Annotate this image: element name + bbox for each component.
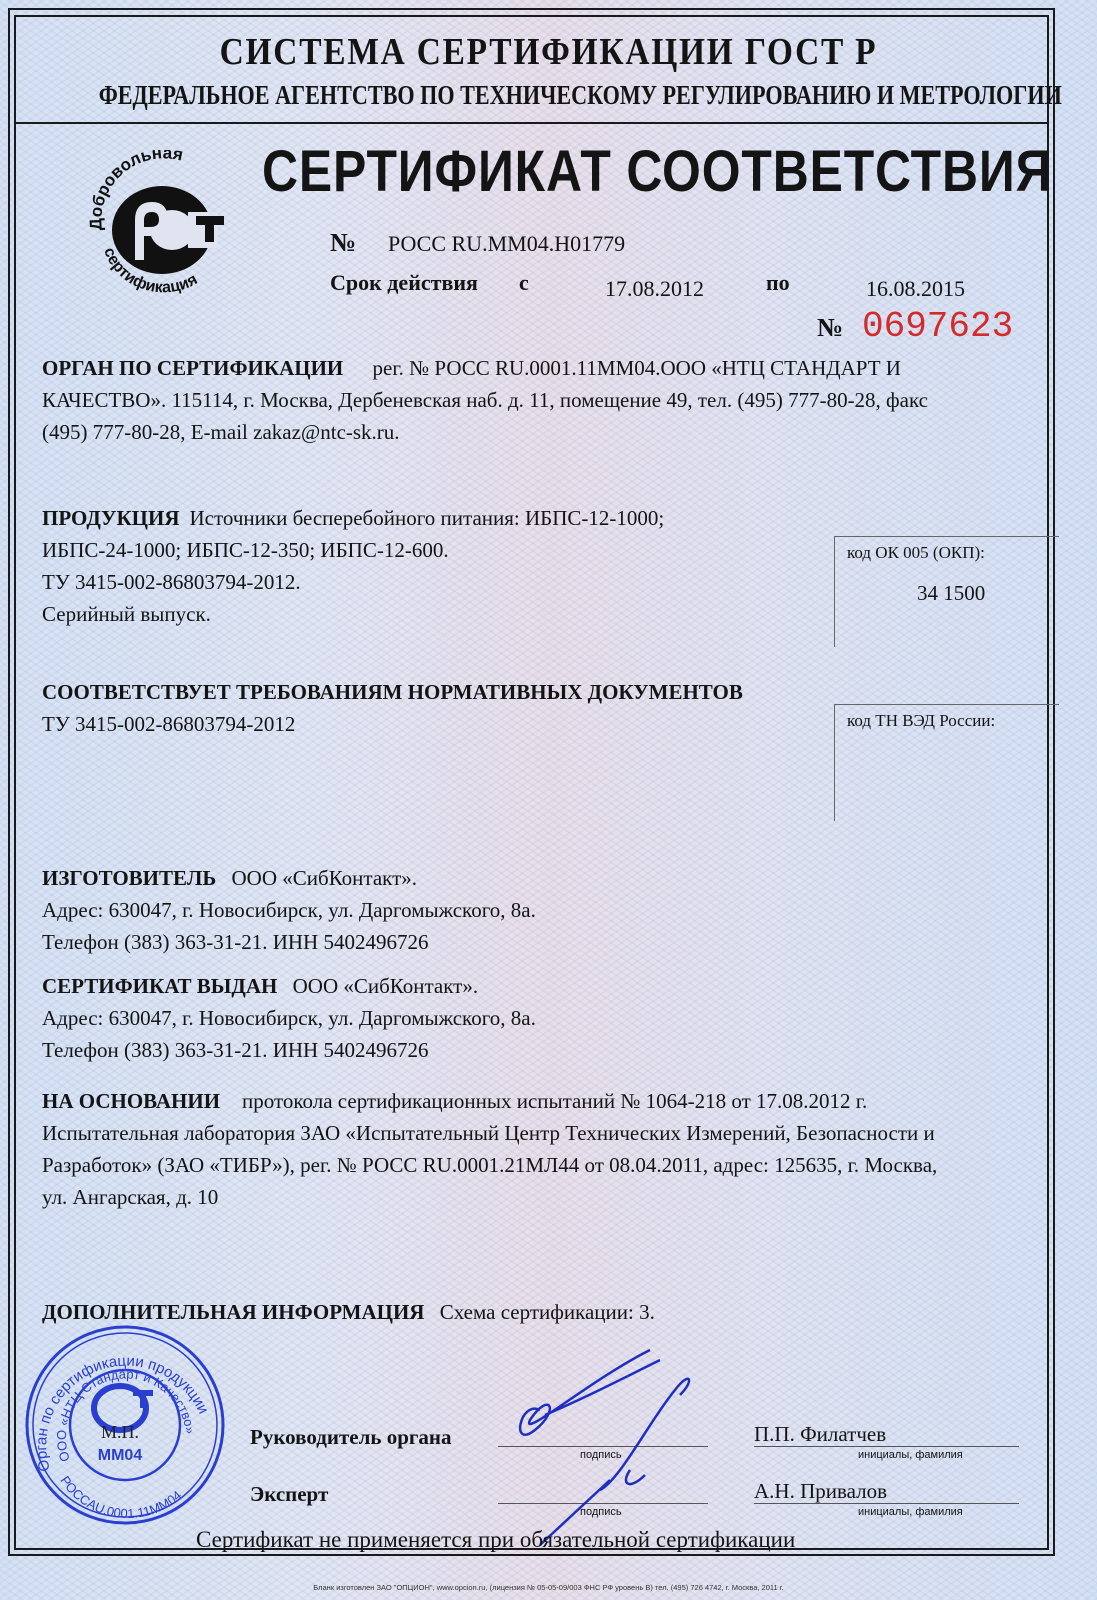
expert-name: А.Н. Привалов (754, 1479, 887, 1504)
cert-number: РОСС RU.MM04.H01779 (388, 231, 625, 257)
expert-name-caption: инициалы, фамилия (858, 1506, 963, 1518)
conformity-label: СООТВЕТСТВУЕТ ТРЕБОВАНИЯМ НОРМАТИВНЫХ ДО… (42, 676, 832, 708)
valid-from-date: 17.08.2012 (605, 276, 704, 302)
okp-code-label: код ОК 005 (ОКП): (847, 543, 985, 563)
product-line2: ИБПС-24-1000; ИБПС-12-350; ИБПС-12-600. (42, 534, 802, 566)
basis-line1: протокола сертификационных испытаний № 1… (242, 1089, 867, 1113)
printer-info: Бланк изготовлен ЗАО "ОПЦИОН", www.opcio… (0, 1583, 1097, 1592)
product-line3: ТУ 3415-002-86803794-2012. (42, 566, 802, 598)
issued-to-phone: Телефон (383) 363-31-21. ИНН 5402496726 (42, 1034, 1060, 1066)
expert-label: Эксперт (250, 1482, 328, 1507)
footer-note: Сертификат не применяется при обязательн… (196, 1527, 795, 1553)
manufacturer-phone: Телефон (383) 363-31-21. ИНН 5402496726 (42, 926, 1060, 958)
valid-to-date: 16.08.2015 (866, 276, 965, 302)
cert-number-label: № (330, 228, 356, 258)
header-divider (14, 122, 1049, 124)
validity-to-label: по (766, 270, 790, 296)
issued-to-name: ООО «СибКонтакт». (293, 974, 478, 998)
validity-from-label: с (519, 270, 529, 296)
additional-info-text: Схема сертификации: 3. (440, 1300, 655, 1324)
signature-scribble-icon (480, 1340, 720, 1550)
product-section: ПРОДУКЦИЯИсточники бесперебойного питани… (42, 502, 802, 630)
manufacturer-label: ИЗГОТОВИТЕЛЬ (42, 866, 216, 890)
rst-logo-icon: Добровольная сертификация (80, 150, 250, 300)
manufacturer-name: ООО «СибКонтакт». (232, 866, 417, 890)
tnved-code-label: код ТН ВЭД России: (847, 711, 995, 731)
serial-number: 0697623 (862, 306, 1013, 347)
stamp-mp: М.П. (101, 1422, 139, 1442)
agency-name: ФЕДЕРАЛЬНОЕ АГЕНТСТВО ПО ТЕХНИЧЕСКОМУ РЕ… (99, 80, 999, 111)
tnved-code-box: код ТН ВЭД России: (834, 704, 1059, 821)
certification-body-line3: (495) 777-80-28, E-mail zakaz@ntc-sk.ru. (42, 416, 1060, 448)
okp-code-box: код ОК 005 (ОКП): 34 1500 (834, 536, 1059, 647)
head-name-caption: инициалы, фамилия (858, 1449, 963, 1461)
basis-section: НА ОСНОВАНИИпротокола сертификационных и… (42, 1085, 1060, 1213)
official-stamp-icon: Орган по сертификации продукции ООО «НТЦ… (20, 1320, 230, 1530)
head-label: Руководитель органа (250, 1425, 452, 1450)
issued-to-label: СЕРТИФИКАТ ВЫДАН (42, 974, 277, 998)
expert-name-line (754, 1503, 1019, 1504)
certification-body-section: ОРГАН ПО СЕРТИФИКАЦИИ рег. № РОСС RU.000… (42, 352, 1060, 448)
okp-code-value: 34 1500 (917, 581, 985, 606)
product-line4: Серийный выпуск. (42, 598, 802, 630)
certification-body-line2: КАЧЕСТВО». 115114, г. Москва, Дербеневск… (42, 384, 1060, 416)
product-label: ПРОДУКЦИЯ (42, 506, 180, 530)
conformity-line1: ТУ 3415-002-86803794-2012 (42, 708, 842, 740)
head-name-line (754, 1446, 1019, 1447)
basis-label: НА ОСНОВАНИИ (42, 1089, 220, 1113)
basis-line3: Разработок» (ЗАО «ТИБР»), рег. № РОСС RU… (42, 1149, 1060, 1181)
manufacturer-section: ИЗГОТОВИТЕЛЬ ООО «СибКонтакт». Адрес: 63… (42, 862, 1060, 958)
system-title: СИСТЕМА СЕРТИФИКАЦИИ ГОСТ Р (66, 30, 1031, 74)
stamp-code: MM04 (98, 1447, 143, 1464)
serial-number-label: № (817, 313, 843, 343)
certification-body-line1: рег. № РОСС RU.0001.11MM04.ООО «НТЦ СТАН… (373, 356, 901, 380)
validity-label: Срок действия (330, 270, 478, 296)
certification-body-label: ОРГАН ПО СЕРТИФИКАЦИИ (42, 356, 343, 380)
product-line1: Источники бесперебойного питания: ИБПС-1… (190, 506, 665, 530)
conformity-section: СООТВЕТСТВУЕТ ТРЕБОВАНИЯМ НОРМАТИВНЫХ ДО… (42, 676, 842, 740)
manufacturer-address: Адрес: 630047, г. Новосибирск, ул. Дарго… (42, 894, 1060, 926)
document-title: СЕРТИФИКАТ СООТВЕТСТВИЯ (262, 138, 1052, 205)
basis-line2: Испытательная лаборатория ЗАО «Испытател… (42, 1117, 1060, 1149)
issued-to-address: Адрес: 630047, г. Новосибирск, ул. Дарго… (42, 1002, 1060, 1034)
head-name: П.П. Филатчев (754, 1422, 886, 1447)
issued-to-section: СЕРТИФИКАТ ВЫДАН ООО «СибКонтакт». Адрес… (42, 970, 1060, 1066)
basis-line4: ул. Ангарская, д. 10 (42, 1181, 1060, 1213)
